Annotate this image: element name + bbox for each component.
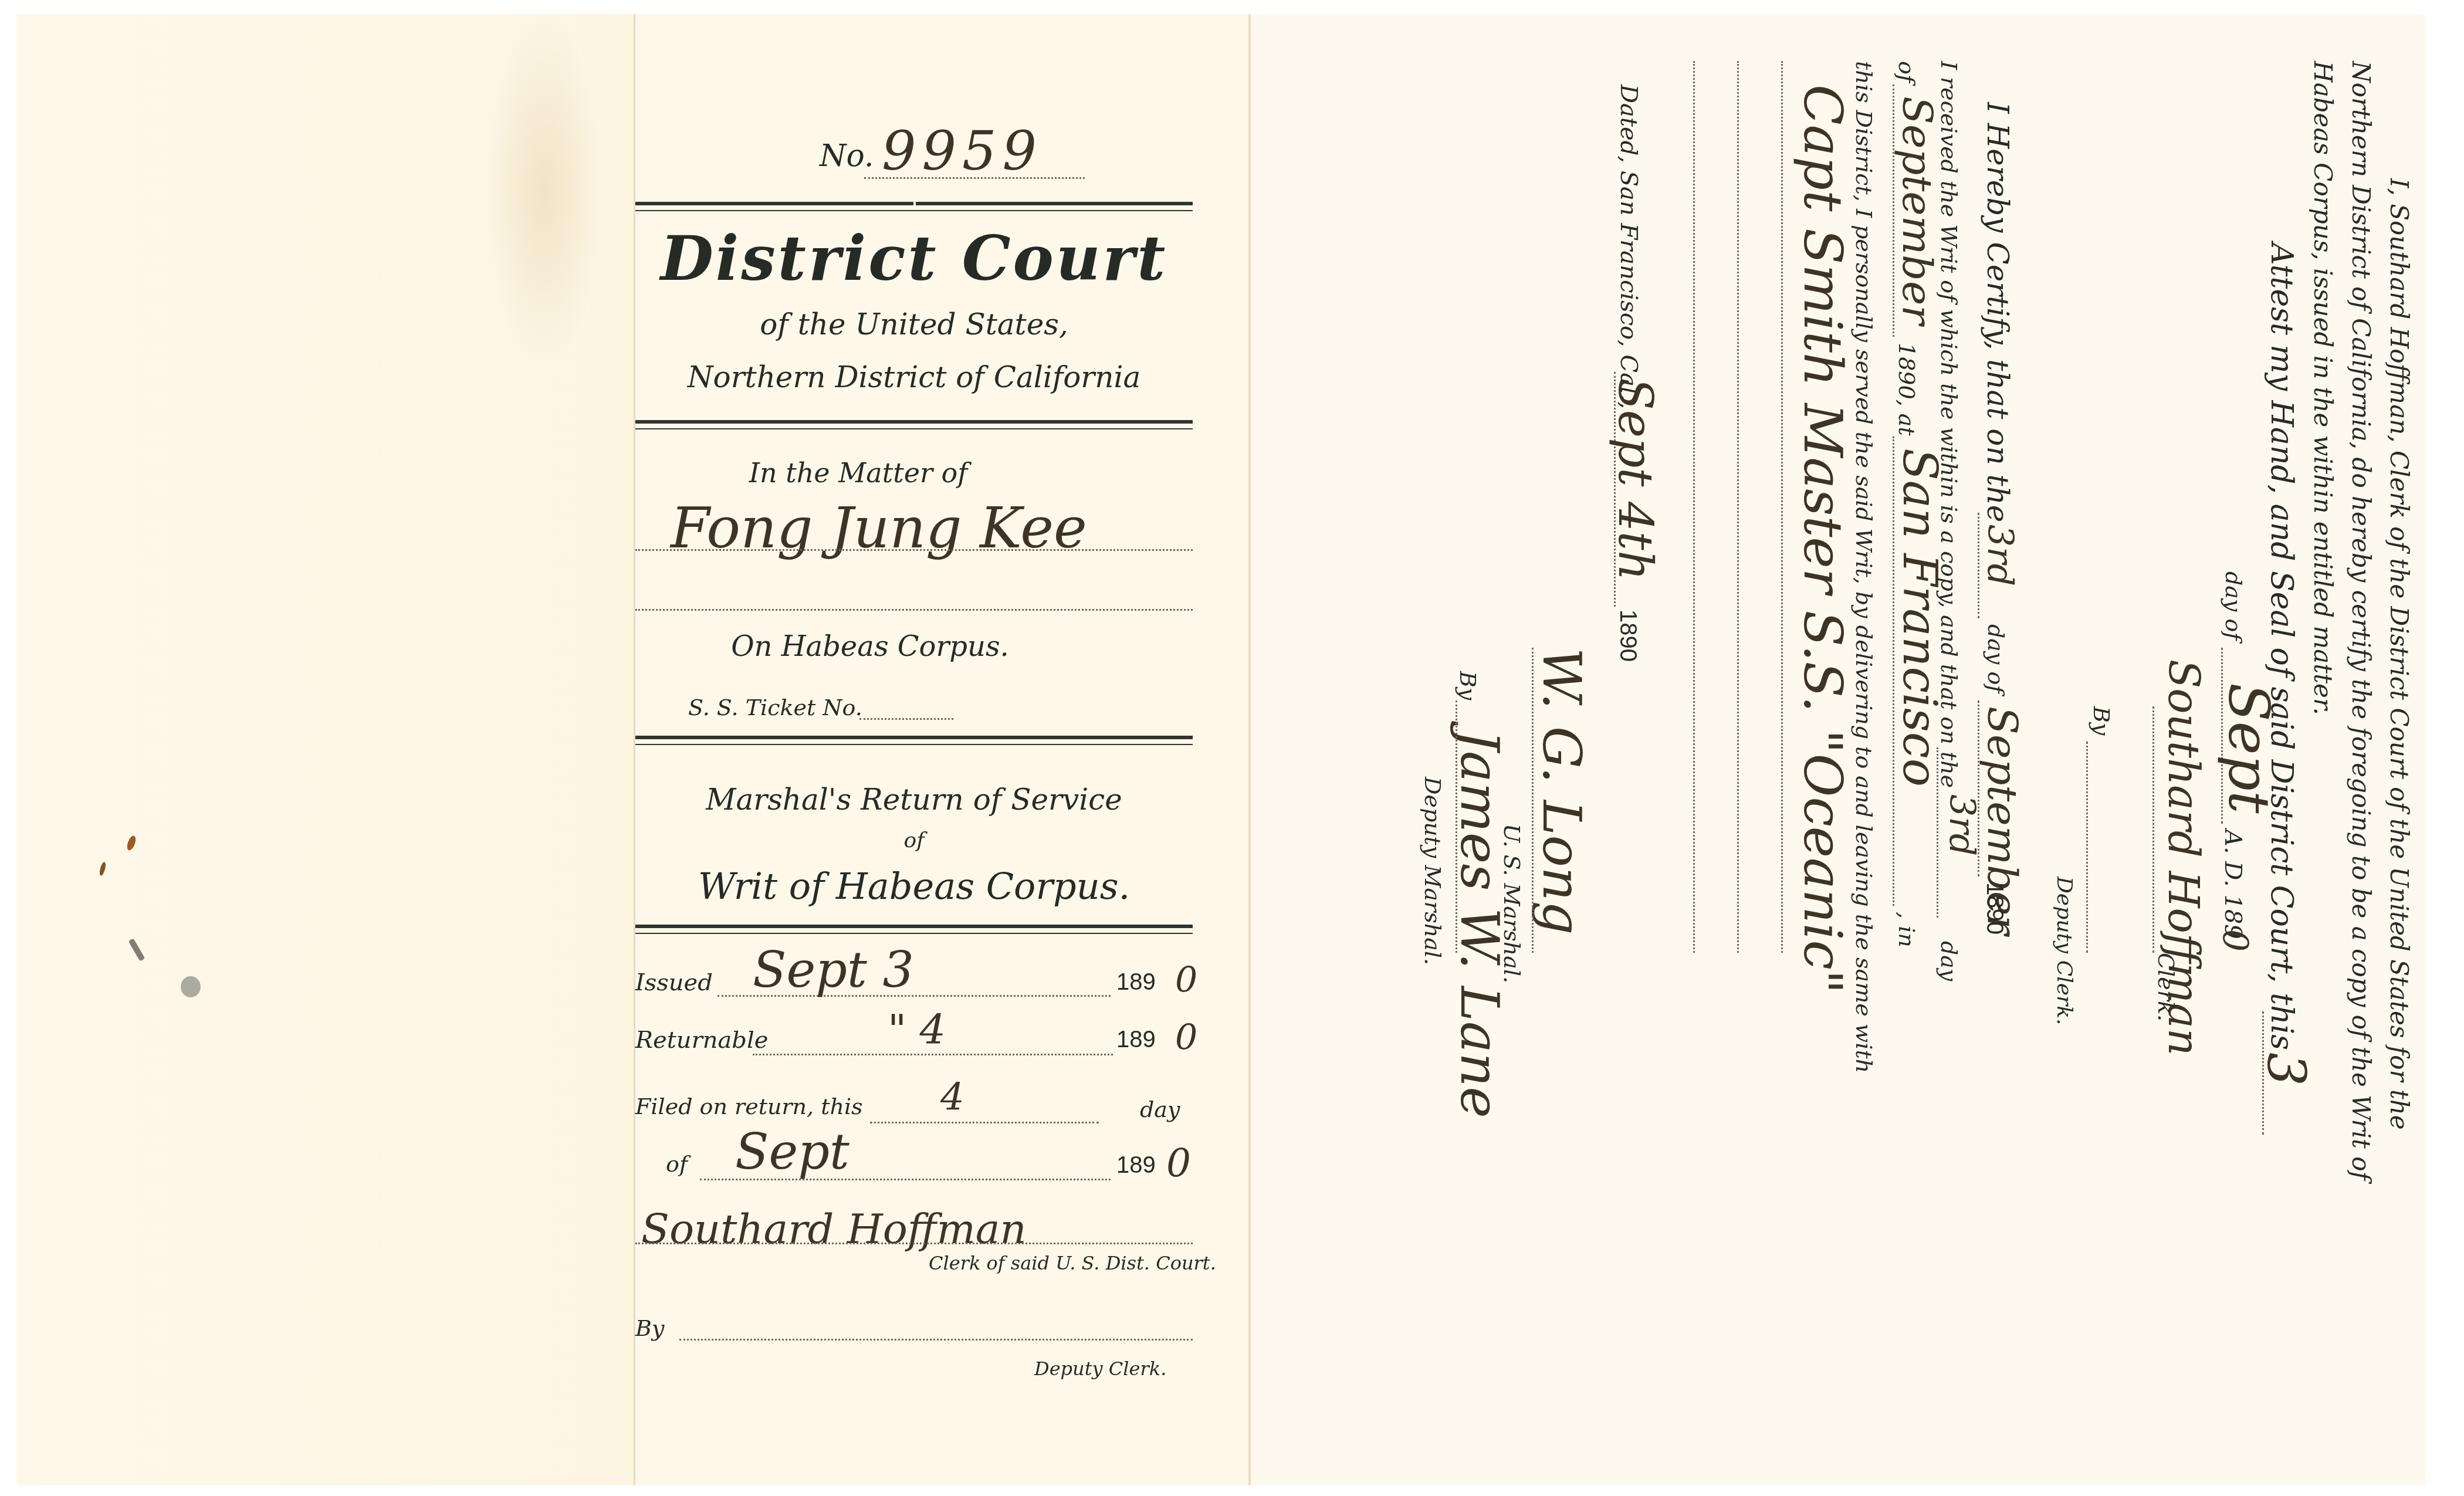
document-sheet: No. 9959 District Court of the United St… xyxy=(16,14,2423,1485)
attest-line: Attest my Hand, and Seal of said Distric… xyxy=(2264,243,2299,1050)
number-label: No. xyxy=(820,138,874,174)
returnable-label: Returnable xyxy=(635,1027,768,1054)
served-month: September xyxy=(1893,96,1941,325)
double-rule xyxy=(635,428,1193,429)
dated-value: Sept 4th xyxy=(1608,378,1663,581)
clerk-signature: Southard Hoffman xyxy=(641,1205,1027,1253)
issued-label: Issued xyxy=(635,969,713,996)
returnable-year-prefix: 189 xyxy=(1116,1027,1156,1053)
clerk-cert-line-1: I, Southard Hoffman, Clerk of the Distri… xyxy=(2385,178,2414,1130)
filed-day-suffix: day xyxy=(1140,1096,1180,1122)
filed-day: 4 xyxy=(940,1076,964,1119)
served-line: this District, I personally served the s… xyxy=(1851,61,1877,1073)
case-number: 9959 xyxy=(882,120,1043,182)
deputy-clerk-field xyxy=(679,1339,1193,1341)
fold-stain xyxy=(486,14,603,366)
double-rule xyxy=(635,736,1193,739)
double-rule xyxy=(635,210,1193,211)
court-title: District Court xyxy=(635,222,1193,295)
filed-day-line xyxy=(870,1122,1099,1123)
double-rule xyxy=(635,744,1193,745)
ink-speck xyxy=(128,938,145,962)
dated-year: 1890 xyxy=(1615,610,1641,662)
ink-smudge xyxy=(181,976,201,997)
filed-year-prefix: 189 xyxy=(1116,1152,1156,1179)
ad-year-suffix: 0 xyxy=(2214,929,2255,952)
deputy-marshal-line xyxy=(1456,700,1457,953)
dated-label: Dated, San Francisco, Cal., xyxy=(1615,84,1642,409)
marshal-signature: W. G. Long xyxy=(1531,648,1592,935)
back-panel-blank xyxy=(16,14,634,1485)
clerk-cert-signature-line xyxy=(2152,706,2154,953)
clerk-signature-line xyxy=(635,1243,1193,1244)
served-place: San Francisco xyxy=(1893,448,1947,787)
issued-date: Sept 3 xyxy=(753,941,914,999)
court-subtitle: of the United States, xyxy=(635,307,1193,341)
ticket-label: S. S. Ticket No. xyxy=(688,695,862,720)
marshal-by-label: By xyxy=(1455,671,1481,700)
ad-label: A. D. 189 xyxy=(2219,830,2246,939)
served-person: Capt Smith Master S.S. "Oceanic" xyxy=(1792,84,1853,994)
matter-line-1 xyxy=(635,549,1193,551)
certificate-panel: I, Southard Hoffman, Clerk of the Distri… xyxy=(1248,14,2425,1485)
served-person-line-2 xyxy=(1737,61,1739,953)
rust-spot xyxy=(99,861,107,876)
served-person-line-3 xyxy=(1693,61,1695,953)
double-rule xyxy=(916,202,1193,205)
deputy-marshal-signature: James W. Lane xyxy=(1448,730,1510,1118)
cover-panel: No. 9959 District Court of the United St… xyxy=(634,14,1250,1485)
filed-label: Filed on return, this xyxy=(635,1094,863,1119)
served-day: 3rd xyxy=(1941,794,1982,856)
returnable-date: " 4 xyxy=(888,1006,946,1054)
received-year: 1890 xyxy=(1981,882,2008,935)
attest-day: 3 xyxy=(2255,1052,2317,1086)
return-title: Marshal's Return of Service xyxy=(635,783,1193,817)
matter-line-2 xyxy=(635,609,1193,611)
issued-year-prefix: 189 xyxy=(1116,969,1156,996)
return-title-of: of xyxy=(635,828,1193,852)
issued-year-suffix: 0 xyxy=(1175,960,1197,1001)
ticket-field xyxy=(859,718,953,720)
returnable-field-line xyxy=(753,1054,1113,1055)
served-in-label: , in xyxy=(1894,912,1920,947)
proceeding-label: On Habeas Corpus. xyxy=(635,630,1105,663)
rust-spot xyxy=(126,835,137,852)
double-rule xyxy=(635,420,1193,424)
served-person-line-1 xyxy=(1781,61,1783,953)
served-year-label: 1890, at xyxy=(1894,343,1920,436)
received-day-of-label: day of xyxy=(1983,624,2009,693)
received-day: 3rd xyxy=(1979,524,2020,586)
double-rule xyxy=(635,202,913,205)
double-rule xyxy=(635,925,1193,928)
deputy-marshal-caption: Deputy Marshal. xyxy=(1420,777,1446,965)
filed-month: Sept xyxy=(735,1123,849,1180)
certify-line: I Hereby Certify, that on the xyxy=(1981,102,2015,522)
court-district: Northern District of California xyxy=(635,360,1193,394)
matter-name: Fong Jung Kee xyxy=(671,495,1087,561)
clerk-cert-deputy-line xyxy=(2086,742,2088,953)
returnable-year-suffix: 0 xyxy=(1175,1017,1197,1058)
served-day-label: day xyxy=(1936,941,1962,981)
by-label: By xyxy=(635,1315,664,1341)
clerk-cert-caption: Clerk. xyxy=(2153,953,2179,1021)
clerk-cert-deputy-caption: Deputy Clerk. xyxy=(2052,876,2076,1025)
clerk-caption: Clerk of said U. S. Dist. Court. xyxy=(929,1252,1216,1274)
clerk-cert-by-label: By xyxy=(2089,706,2114,735)
clerk-cert-line-3: Habeas Corpus, issued in the within enti… xyxy=(2309,61,2337,715)
filed-year-suffix: 0 xyxy=(1166,1140,1191,1186)
filed-of-label: of xyxy=(666,1151,688,1177)
writ-title: Writ of Habeas Corpus. xyxy=(635,865,1193,908)
deputy-clerk-caption: Deputy Clerk. xyxy=(1034,1358,1166,1380)
matter-label: In the Matter of xyxy=(635,457,1081,489)
clerk-cert-line-2: Northern District of California, do here… xyxy=(2347,61,2375,1180)
marshal-signature-line xyxy=(1532,648,1534,953)
rotated-content: I, Southard Hoffman, Clerk of the Distri… xyxy=(1252,14,2425,1481)
attest-month: Sept xyxy=(2216,683,2282,814)
double-rule xyxy=(635,933,1193,934)
served-of-label: of xyxy=(1894,61,1920,83)
day-of-label: day of xyxy=(2221,571,2246,640)
